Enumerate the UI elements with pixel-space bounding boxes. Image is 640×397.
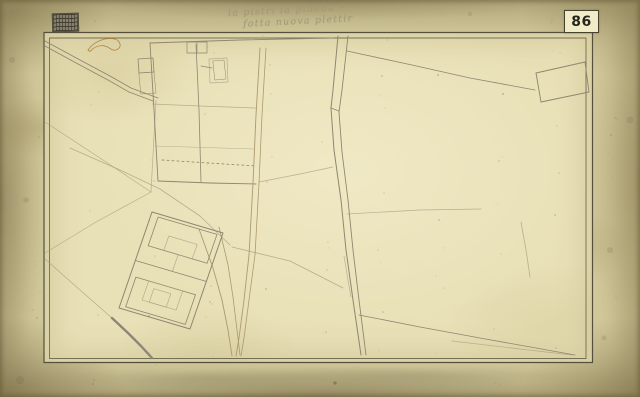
paper-speck — [150, 159, 151, 160]
paper-speck — [559, 52, 561, 54]
paper-speck — [148, 315, 150, 317]
paper-speck — [89, 210, 91, 212]
paper-speck — [617, 364, 618, 365]
paper-speck — [209, 352, 210, 353]
paper-speck — [615, 295, 617, 297]
paper-speck — [36, 317, 38, 319]
paper-speck — [612, 252, 613, 253]
paper-speck — [554, 214, 556, 216]
paper-speck — [153, 140, 154, 141]
paper-speck — [36, 265, 37, 266]
paper-speck — [37, 15, 39, 17]
paper-speck — [328, 247, 329, 248]
paper-speck — [386, 39, 388, 41]
paper-speck — [269, 70, 270, 71]
foxing-blotch — [468, 12, 472, 16]
frame-outer — [44, 33, 593, 363]
main-road-jog — [331, 108, 339, 111]
short-boundary-scratch — [521, 222, 530, 277]
paper-speck — [614, 363, 615, 364]
long-diagonal-boundary-east — [232, 247, 343, 288]
paper-speck — [498, 160, 500, 162]
foxing-blotch — [333, 381, 336, 384]
farm-complex-court-2 — [164, 236, 197, 259]
paper-speck — [614, 117, 616, 119]
main-road-edge-b — [339, 36, 366, 355]
paper-speck — [207, 46, 208, 47]
paper-speck — [610, 134, 612, 136]
path-southwest-lead — [45, 259, 112, 318]
main-road-edge-a — [331, 36, 361, 355]
paper-speck — [496, 203, 497, 204]
paper-speck — [495, 81, 496, 82]
paper-speck — [266, 181, 268, 183]
foxing-blotch — [16, 376, 24, 384]
track-fan-3 — [45, 192, 151, 253]
track-fan-1 — [45, 122, 151, 192]
paper-speck — [381, 75, 383, 77]
paper-speck — [209, 301, 211, 303]
road-branch-southeast-b — [452, 341, 572, 355]
foxing-blotch — [602, 336, 607, 341]
paper-speck — [32, 4, 33, 5]
paper-speck — [443, 287, 445, 289]
aged-paper-background: 86 la pistri la pineda – fotta nuova ple… — [0, 0, 640, 397]
paper-speck — [93, 379, 95, 381]
paper-speck — [154, 255, 156, 257]
north-parcel-bottom-edge — [158, 181, 256, 184]
field-boundary-northeast — [347, 51, 535, 90]
paper-speck — [38, 136, 39, 137]
north-parcel-dashed-row — [162, 160, 256, 166]
paper-speck — [558, 327, 559, 328]
paper-speck — [498, 360, 499, 361]
paper-speck — [262, 35, 263, 36]
paper-speck — [327, 241, 328, 242]
paper-speck — [148, 56, 149, 57]
complex-inner-line — [173, 255, 179, 271]
sheet-number-badge: 86 — [564, 10, 599, 33]
paper-speck — [322, 332, 324, 334]
paper-speck — [440, 222, 441, 223]
long-diagonal-boundary-west — [70, 148, 230, 245]
foxing-blotch — [23, 197, 29, 203]
paper-speck — [213, 52, 215, 54]
building-link-line — [201, 66, 212, 68]
paper-speck — [95, 84, 96, 85]
paper-speck — [321, 141, 323, 143]
paper-speck — [556, 125, 557, 126]
paper-speck — [611, 176, 613, 178]
paper-speck — [211, 303, 212, 304]
paper-speck — [265, 41, 266, 42]
paper-speck — [442, 361, 444, 363]
paper-speck — [157, 119, 158, 120]
foxing-blotch — [9, 57, 15, 63]
paper-speck — [267, 108, 268, 109]
paper-speck — [555, 347, 557, 349]
paper-speck — [550, 22, 552, 24]
paper-speck — [92, 383, 94, 385]
paper-speck — [382, 311, 384, 313]
paper-speck — [386, 57, 387, 58]
paper-speck — [552, 50, 553, 51]
paper-speck — [205, 316, 207, 318]
foxing-blotch — [607, 247, 613, 253]
paper-speck — [616, 118, 617, 119]
building-1-filled — [139, 72, 156, 94]
paper-speck — [155, 364, 156, 365]
north-parcel-top-edge — [150, 38, 333, 43]
lane-through-parcel-b — [241, 48, 266, 356]
paper-speck — [383, 192, 384, 193]
complex-midline — [136, 261, 207, 282]
paper-speck — [210, 285, 212, 287]
paper-speck — [326, 269, 328, 271]
paper-speck — [493, 328, 495, 330]
paper-speck — [204, 113, 206, 115]
paper-speck — [381, 263, 382, 264]
path-southwest-thick — [112, 318, 152, 358]
paper-speck — [384, 107, 385, 108]
paper-speck — [494, 382, 496, 384]
paper-speck — [321, 374, 322, 375]
paper-speck — [34, 245, 35, 246]
paper-speck — [325, 331, 327, 333]
building-2-filled — [213, 60, 226, 80]
north-parcel-divider-horizontal-2 — [155, 146, 254, 149]
paper-speck — [438, 219, 440, 221]
paper-speck — [502, 157, 503, 158]
foxing-blotch — [627, 117, 634, 124]
north-parcel-divider-horizontal-1 — [152, 104, 256, 108]
paper-speck — [378, 349, 380, 351]
road-northwest-edge-a — [45, 41, 158, 98]
north-parcel-divider-vertical — [196, 44, 201, 182]
paper-speck — [97, 314, 99, 316]
road-branch-southeast-a — [359, 315, 575, 355]
paper-speck — [97, 183, 98, 184]
farm-lane-a — [199, 229, 232, 356]
paper-speck — [558, 172, 560, 174]
paper-speck — [94, 20, 95, 21]
paper-speck — [437, 353, 438, 354]
map-drawing — [0, 0, 640, 397]
paper-speck — [437, 74, 439, 76]
paper-speck — [330, 288, 331, 289]
paper-speck — [32, 309, 34, 311]
farm-complex-outline — [119, 212, 223, 329]
farm-complex-court-5 — [149, 289, 171, 308]
farm-lane-b — [219, 227, 240, 355]
paper-speck — [92, 33, 93, 34]
paper-speck — [442, 81, 443, 82]
archive-stamp — [52, 13, 79, 33]
paper-speck — [98, 91, 100, 93]
paper-speck — [500, 253, 501, 254]
paper-speck — [206, 164, 207, 165]
paper-speck — [323, 168, 324, 169]
paper-speck — [377, 249, 379, 251]
orange-ink-mark — [88, 38, 120, 51]
paper-speck — [33, 260, 35, 262]
paper-speck — [213, 356, 214, 357]
paper-speck — [439, 9, 440, 10]
paper-speck — [270, 93, 272, 95]
paper-speck — [499, 384, 501, 386]
paper-speck — [271, 156, 272, 157]
paper-speck — [608, 152, 609, 153]
paper-speck — [551, 19, 552, 20]
paper-speck — [435, 275, 436, 276]
paper-speck — [263, 215, 264, 216]
paper-speck — [41, 92, 42, 93]
paper-speck — [554, 116, 555, 117]
paper-speck — [151, 132, 152, 133]
paper-speck — [149, 220, 151, 222]
paper-speck — [502, 93, 504, 95]
paper-speck — [39, 291, 40, 292]
paper-speck — [610, 127, 611, 128]
small-parcel-northeast — [536, 62, 589, 102]
paper-speck — [269, 64, 271, 66]
paper-speck — [325, 39, 326, 40]
paper-speck — [379, 94, 380, 95]
sheet-number-label: 86 — [571, 14, 591, 30]
north-parcel-bottom-east — [259, 167, 333, 182]
paper-speck — [90, 104, 91, 105]
paper-speck — [265, 288, 267, 290]
field-boundary-east-mid — [347, 209, 481, 214]
paper-speck — [444, 247, 445, 248]
paper-speck — [153, 180, 155, 182]
frame-inner — [50, 38, 587, 359]
